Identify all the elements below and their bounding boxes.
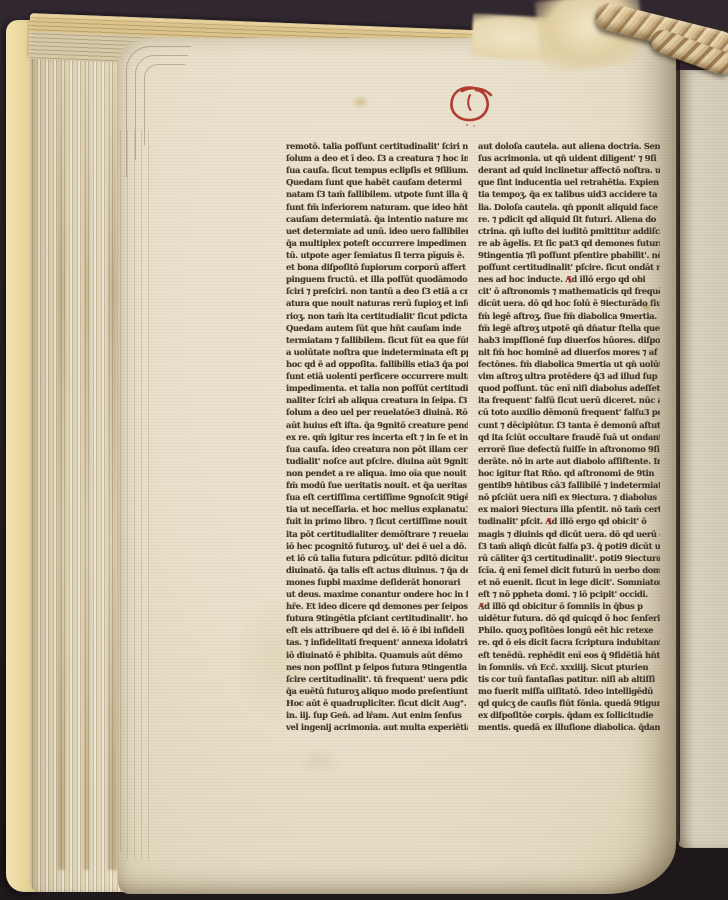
text-line: uidētur futura. dō qd quicqd ō hoc ſenſe… [478,612,660,624]
text-line: Quedam ſunt que habēt cauſam determi [286,176,468,188]
text-line: magis ⁊ diuinis qd dicūt uera. dō qd uer… [478,528,660,540]
text-line: uet determiate ad unū. ideo uero fallibi… [286,225,468,237]
text-line: tas. ⁊ infidelitati frequent' annexa ido… [286,636,468,648]
text-line: natam ſ3 tam̄ fallibilem. utpote ſunt il… [286,188,468,200]
text-line: re. qd ō eis dicit ſacra ſcriptura indub… [478,636,660,648]
text-line: ut deus. maxime conantur ondere hoc in ſ… [286,588,468,600]
fore-edge-stain-streak [58,40,65,870]
text-line: ex maiori 9iectura illa pſentit. nō tam̄… [478,503,660,515]
rubric-pilcrow: ¶ [565,273,572,285]
text-line: q̄a multiplex poteſt occurrere impedimen [286,237,468,249]
text-line: nes ad hoc inducte. ¶ Ad illō ergo qd ob… [478,273,660,285]
text-line: mo fuerit miſſa uiſitatō. Ideo intelligē… [478,685,660,697]
text-line: et iō cū talia futura pdicūtur. pditō di… [286,552,468,564]
text-line: ſolum a deo et ī deo. ſ3 a creatura ⁊ ho… [286,152,468,164]
text-line: Hoc aūt ē quadrupliciter. ſicut dicit Au… [286,697,468,709]
text-line: ſunt etiā uolenti perficere occurrere mu… [286,370,468,382]
text-line: ita frequent' falſū ſicut uerū diceret. … [478,394,660,406]
text-line: ſ3 tam̄ aliqn̄ dicūt falſa p3. q̄ poti9 … [478,540,660,552]
text-line: nō pſciūt uera niſi ex 9iectura. ⁊ diabo… [478,491,660,503]
text-line: hr̄e. Et ideo dicere qd demones per ſeip… [286,600,468,612]
text-line: ita pōt certitudialiter demōſtrare ⁊ reu… [286,528,468,540]
text-line: remotō. talia poſſunt certitudinalit' ſc… [286,140,468,152]
stacked-page-corner [144,64,185,145]
text-line: tudialit' noſce aut pſcire. diuina aūt 9… [286,455,468,467]
text-line: tia ut neceſſaria. et hoc melius explana… [286,503,468,515]
text-line: rū cāliter q̄3 certitudinalit'. poti9 9i… [478,552,660,564]
photo-background: remotō. talia poſſunt certitudinalit' ſc… [0,0,728,900]
text-line: fm̄ legē aſtroʒ utpotē qn̄ dn̄atur ſtell… [478,322,660,334]
right-page-edge [676,70,728,848]
text-line: hoc qd ē ad oppoſita. fallibilis etia3 q… [286,358,468,370]
text-line: iō diuinatō ē phibita. Quamuis aūt dēmo [286,649,468,661]
text-line: ſolum a deo uel per reuelatōe3 diuinā. R… [286,406,468,418]
text-line: derāte. nō in arte aut diabolo aſſiſtent… [478,455,660,467]
text-line: futura 9tingētia pſciant certitudinalit'… [286,612,468,624]
paper-stain [300,748,340,774]
text-line: gentib9 hn̄tibus cā3 fallibilē ⁊ indeter… [478,479,660,491]
text-line: ex re. qm̄ igitur res incerta eſt ⁊ in ſ… [286,431,468,443]
text-column-left: remotō. talia poſſunt certitudinalit' ſc… [286,140,468,733]
text-line: qd ita ſciūt occultare fraudē ſuā ut ond… [478,431,660,443]
text-line: rioʒ. non tam̄ ita certitudialit' ſicut … [286,310,468,322]
rubric-pilcrow: ¶ [478,600,485,612]
text-line: derant ad quid inclinetur affectō noſtra… [478,164,660,176]
text-line: re. ⁊ pdicit qd aliquid ſit futuri. Alie… [478,213,660,225]
text-line: Quedam autem ſūt que hn̄t cauſam inde [286,322,468,334]
text-line: ſcīa. q̄ enī ſemel dicit futurū in uerbo… [478,564,660,576]
text-line: ſus acrimonia. ut qn̄ uident diligent' ⁊… [478,152,660,164]
rubric-pilcrow: ¶ [545,515,552,527]
text-line: hoc igitur ſtat Rn̄o. qd aſtronomi de 9t… [478,467,660,479]
text-line: in ſomniis. vn̄ Ecc̄. xxxiiij. Sicut ptu… [478,661,660,673]
text-line: iō hec pcognitō futuroʒ. ul' dei ē uel a… [286,540,468,552]
folio-mark-glyph [443,82,499,130]
text-line: re ab āgelis. Et ſic pat3 qd demones fut… [478,237,660,249]
text-line: eſt ⁊ nō ppheta domi. ⁊ iō pcipit' occid… [478,588,660,600]
text-line: eſt tenēdū. rephēdit enī eos q̄ 9fidētiā… [478,649,660,661]
text-column-right: aut doloſa cautela. aut aliena doctria. … [478,140,660,733]
text-line: impedimenta. et talia non poſſūt certitu… [286,382,468,394]
text-line: nes non poſſint p ſeipos futura 9tingent… [286,661,468,673]
text-line: tudinalit' pſcit. ¶ Ad illō ergo qd obic… [478,515,660,527]
text-line: que ſint inducentia uel retrahētia. Expi… [478,176,660,188]
text-line: tia tempoʒ. q̄a ex talibus uid3 accidere… [478,188,660,200]
text-line: q̄a euētū futuroʒ aliquo modo preſentiun… [286,685,468,697]
text-line: non pendet a re aliqua. imo oīa que noui… [286,467,468,479]
text-line: poſſunt certitudinalit' pſcire. ſicut on… [478,261,660,273]
text-line: cauſam determiatā. q̄a intentio nature m… [286,213,468,225]
text-line: termiatam ⁊ fallibilem. ſicut ſūt ea que… [286,334,468,346]
text-line: a uolūtate noſtra que indeterminata eſt … [286,346,468,358]
page-edge-lines [120,130,154,860]
text-line: cunt ⁊ dēcipiūtur. ſ3 tanta ē demonū aſt… [478,419,660,431]
text-line: ctrina. qn̄ iuſto dei iuditō pmittitur a… [478,225,660,237]
text-line: pinguem fructū. et illa poſſūt quodāmodo [286,273,468,285]
text-line: ſua cauſa. ſicut tempus eclipſis et 9ſil… [286,164,468,176]
text-line: tis cor tuū fantaſias patitur. niſi ab a… [478,673,660,685]
text-line: vim aſtroʒ ultra protēdere q̄3 ad illud … [478,370,660,382]
text-line: aut doloſa cautela. aut aliena doctria. … [478,140,660,152]
text-line: errorē ſiue defectū fuiſſe in aſtronomo … [478,443,660,455]
text-line: cit' ō aſtronomis ⁊ mathematicis qd freq… [478,285,660,297]
text-line: fuit in primo libro. ⁊ ſicut certiſſime … [286,515,468,527]
text-line: diuinatō. q̄a talis eſt actus diuinus. ⁊… [286,564,468,576]
text-line: naliter ſciri ab aliqua creatura in ſeip… [286,394,468,406]
text-line: eſt eis attribuere qd dei ē. iō ē ibi in… [286,624,468,636]
text-line: vel ingenij acrimonia. aut multa experiē… [286,721,468,733]
text-line: cū toto auxilio dēmonū frequent' falſu3 … [478,406,660,418]
text-line: atura que nouit naturas rerū ſupioʒ et i… [286,297,468,309]
text-line: Philo. quoʒ poſitōes longū eēt hic retex… [478,624,660,636]
fore-edge-stain-streak [108,40,117,870]
text-line: ſua eſt certiſſima certiſſime 9gnoſcit 9… [286,491,468,503]
text-line: dicūt uera. dō qd hoc ſolū ē 9iecturādo … [478,297,660,309]
text-line: tū. utpote ager ſemiatus ſi terra pīguis… [286,249,468,261]
text-line: qd quicʒ de cauſis fiūt ſōnia. quedā 9ti… [478,697,660,709]
text-line: mones ſupbi maxime deſiderāt honorari [286,576,468,588]
text-line: fm̄ legē aſtroʒ. ſiue fm̄ diabolica 9mer… [478,310,660,322]
text-line: ſcire certitudinalit'. tn̄ frequent' uer… [286,673,468,685]
folio-mark [443,82,499,130]
paper-stain [352,96,369,108]
text-line: ſciri ⁊ preſciri. non tantū a deo ſ3 eti… [286,285,468,297]
text-line: fectōnes. fm̄ diabolica 9mertia ut qn̄ u… [478,358,660,370]
text-line: 9tingentia ⁊ſi poſſunt pſentire pbabilit… [478,249,660,261]
text-line: lia. Doloſa cautela. qn̄ pponit aliquid … [478,201,660,213]
text-line: in. iij. ſup Gen̄. ad lr̄am. Aut enim ſe… [286,709,468,721]
text-line: ¶ Ad illō qd obicitur ō ſomniis in q̄bus… [478,600,660,612]
text-line: fm̄ modū ſue ueritatis nouit. et q̄a uer… [286,479,468,491]
text-line: aūt huius eſt iſta. q̄a 9gnitō creature … [286,419,468,431]
text-line: quod poſſunt. tūc enī niſi diabolus adeſ… [478,382,660,394]
text-line: mentis. quedā ex illuſione diabolica. q̄… [478,721,660,733]
text-line: ex diſpoſitōe corpis. q̄dam ex ſollicitu… [478,709,660,721]
text-line: et nō euenit. ſicut in lege dicit'. Somn… [478,576,660,588]
text-line: ſunt fm̄ inferiorem naturam. que ideo hn… [286,201,468,213]
fore-edge-stain-streak [84,40,89,870]
text-line: nit fm̄ hoc hominē ad diuerſos mores ⁊ a… [478,346,660,358]
text-line: et bona diſpoſitō ſupiorum corporū affer… [286,261,468,273]
text-block: remotō. talia poſſunt certitudinalit' ſc… [286,140,660,733]
text-line: ſua cauſa. ideo creatura non pōt illam c… [286,443,468,455]
text-line: hab3 impſſionē ſup diuerſos hūores. diſp… [478,334,660,346]
